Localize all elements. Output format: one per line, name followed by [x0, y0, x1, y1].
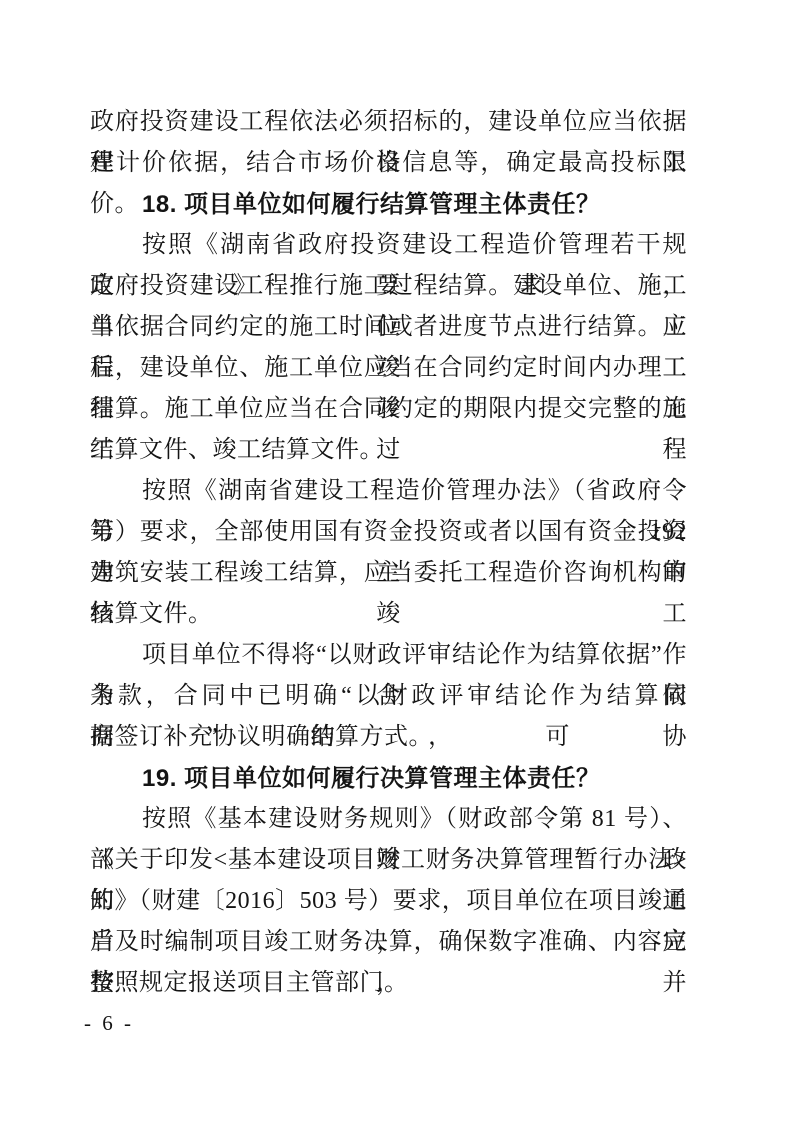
heading-line: 19. 项目单位如何履行决算管理主体责任？: [90, 758, 687, 799]
document-body: 政府投资建设工程依法必须招标的，建设单位应当依据建设工程计价依据，结合市场价格信…: [90, 102, 687, 1004]
text-line: 部关于印发<基本建设项目竣工财务决算管理暂行办法>的通: [90, 840, 687, 881]
text-line: 结算。施工单位应当在合同约定的期限内提交完整的施工过程: [90, 389, 687, 430]
text-line: 政府投资建设工程推行施工过程结算。建设单位、施工单位应: [90, 266, 687, 307]
text-line: 项目单位不得将“以财政评审结论作为结算依据”作为合同: [90, 635, 687, 676]
text-line: 当依据合同约定的施工时间或者进度节点进行结算。工程竣工: [90, 307, 687, 348]
text-line: 后，建设单位、施工单位应当在合同约定时间内办理工程竣工: [90, 348, 687, 389]
text-line: 知》（财建〔2016〕503 号）要求，项目单位在项目竣工后，应: [90, 881, 687, 922]
text-line: 按照《湖南省政府投资建设工程造价管理若干规定》要求，: [90, 225, 687, 266]
text-line: 当及时编制项目竣工财务决算，确保数字准确、内容完整，并: [90, 922, 687, 963]
text-line: 政府投资建设工程依法必须招标的，建设单位应当依据建设工: [90, 102, 687, 143]
text-line: 按照《湖南省建设工程造价管理办法》（省政府令第 192: [90, 471, 687, 512]
text-line: 号）要求，全部使用国有资金投资或者以国有资金投资为主的: [90, 512, 687, 553]
text-line: 条款，合同中已明确“以财政评审结论作为结算依据”的，可协: [90, 676, 687, 717]
text-line: 建筑安装工程竣工结算，应当委托工程造价咨询机构审核竣工: [90, 553, 687, 594]
page-number: - 6 -: [84, 1009, 134, 1037]
heading-line: 18. 项目单位如何履行结算管理主体责任？: [90, 184, 687, 225]
text-line: 程计价依据，结合市场价格信息等，确定最高投标限价。: [90, 143, 687, 184]
document-page: 政府投资建设工程依法必须招标的，建设单位应当依据建设工程计价依据，结合市场价格信…: [0, 0, 793, 1122]
text-line: 按照《基本建设财务规则》（财政部令第 81 号）、《财政: [90, 799, 687, 840]
